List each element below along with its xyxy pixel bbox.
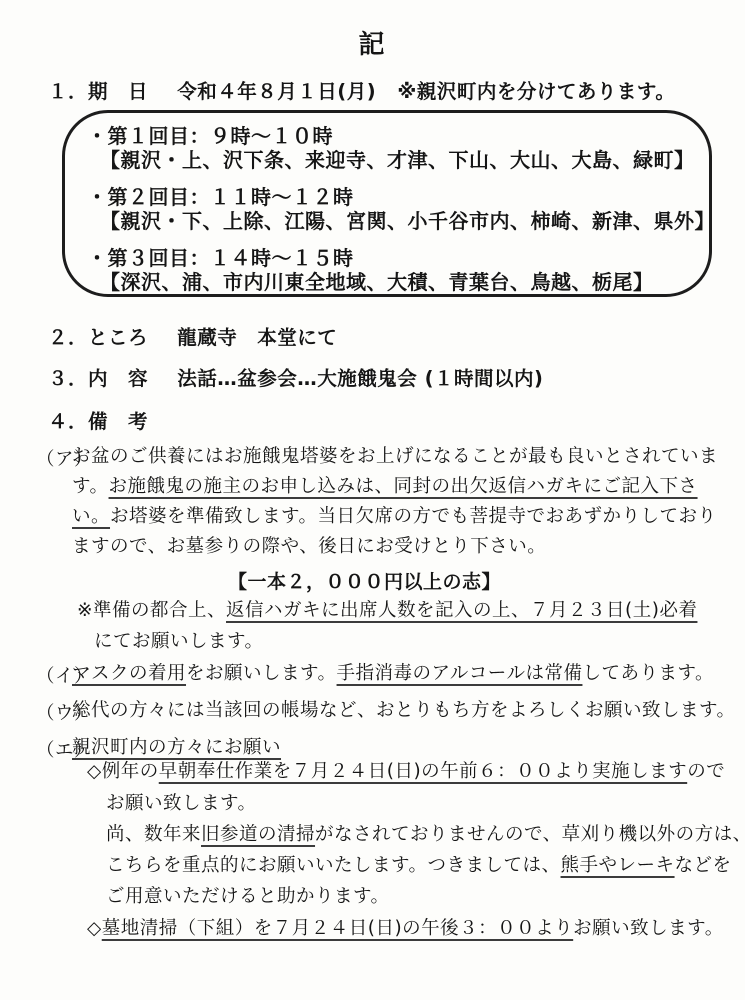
schedule-round-2: ・第２回目：１１時～１２時 【親沢・下、上除、江陽、宮関、小千谷市内、柿崎、新津…: [87, 185, 699, 233]
morning-work-line-3: 尚、数年来旧参道の清掃がなされておりませんので、草刈り機以外の方は、: [106, 823, 745, 847]
round-3-areas: 【深沢、浦、市内川東全地域、大積、青葉台、鳥越、栃尾】: [100, 270, 699, 294]
section-date-label: １．期 日: [48, 76, 170, 104]
schedule-box: ・第１回目：９時～１０時 【親沢・上、沢下条、来迎寺、才津、下山、大山、大島、緑…: [62, 110, 712, 297]
deadline-note-continuation: にてお願いします。: [94, 630, 264, 654]
section-place-value: 龍蔵寺 本堂にて: [177, 326, 337, 349]
morning-work-line-2: お願い致します。: [106, 792, 257, 816]
section-content-label: ３．内 容: [48, 363, 170, 391]
remark-a-line-2-underlined: お施餓鬼の施主のお申し込みは、同封の出欠返信ハガキにご記入下さ: [109, 476, 698, 497]
round-2-title: ・第２回目：１１時～１２時: [87, 185, 699, 209]
section-row-place: ２．ところ 龍蔵寺 本堂にて: [48, 322, 337, 350]
round-2-areas: 【親沢・下、上除、江陽、宮関、小千谷市内、柿崎、新津、県外】: [100, 209, 699, 233]
remark-a-line-4: ますので、お墓参りの際や、後日にお受けとり下さい。: [72, 535, 546, 559]
section-date-note: ※親沢町内を分けてあります。: [397, 80, 675, 103]
offering-price-note: 【一本２，０００円以上の志】: [228, 567, 501, 594]
round-1-areas: 【親沢・上、沢下条、来迎寺、才津、下山、大山、大島、緑町】: [100, 148, 699, 172]
section-place-label: ２．ところ: [48, 322, 170, 350]
section-remarks-label: ４．備 考: [48, 406, 170, 434]
remark-e-heading-underlined: 親沢町内の方々にお願い: [72, 737, 281, 758]
section-row-remarks: ４．備 考: [48, 406, 170, 434]
remark-a-line-2-plain: す。: [72, 476, 109, 497]
deadline-note-underlined: 返信ハガキに出席人数を記入の上、７月２３日(土)必着: [226, 600, 697, 621]
morning-work-prefix: 例年の: [102, 761, 159, 782]
schedule-round-1: ・第１回目：９時～１０時 【親沢・上、沢下条、来迎寺、才津、下山、大山、大島、緑…: [87, 124, 699, 172]
section-date-value: 令和４年８月１日(月): [177, 80, 376, 103]
cemetery-cleaning-suffix: お願い致します。: [573, 918, 724, 939]
remark-u-line: 総代の方々には当該回の帳場など、おとりもち方をよろしくお願い致します。: [72, 699, 736, 723]
morning-work-suffix: ので: [687, 761, 725, 782]
remark-i-mask-underlined: マスクの着用: [72, 663, 186, 684]
rake-underlined: 熊手やレーキ: [561, 855, 675, 876]
deadline-note-prefix: ※準備の都合上、: [77, 600, 226, 621]
cemetery-cleaning-line: ◇墓地清掃（下組）を７月２４日(日)の午後３：００よりお願い致します。: [87, 917, 724, 941]
remark-i-seg-4: してあります。: [582, 663, 714, 684]
remark-a-line-1: お盆のご供養にはお施餓鬼塔婆をお上げになることが最も良いとされていま: [72, 445, 718, 469]
cemetery-cleaning-underlined: 墓地清掃（下組）を７月２４日(日)の午後３：００より: [102, 918, 573, 939]
rake-prefix: こちらを重点的にお願いいたします。つきましては、: [106, 855, 561, 876]
deadline-note: ※準備の都合上、返信ハガキに出席人数を記入の上、７月２３日(土)必着: [77, 599, 697, 623]
remark-e-heading: 親沢町内の方々にお願い: [72, 736, 281, 760]
remark-i-seg-2: をお願いします。: [186, 663, 337, 684]
round-1-title: ・第１回目：９時～１０時: [87, 124, 699, 148]
morning-work-line-4: こちらを重点的にお願いいたします。つきましては、熊手やレーキなどを: [106, 854, 732, 878]
diamond-bullet-icon-2: ◇: [87, 918, 102, 939]
section-row-content: ３．内 容 法話…盆参会…大施餓鬼会 (１時間以内): [48, 363, 543, 391]
remark-i-alcohol-underlined: 手指消毒のアルコールは常備: [337, 663, 583, 684]
round-3-title: ・第３回目：１４時～１５時: [87, 246, 699, 270]
remark-a-line-2: す。お施餓鬼の施主のお申し込みは、同封の出欠返信ハガキにご記入下さ: [72, 475, 698, 499]
remark-i-line: マスクの着用をお願いします。手指消毒のアルコールは常備してあります。: [72, 662, 714, 686]
remark-a-line-3-plain: お塔婆を準備致します。当日欠席の方でも菩提寺でおあずかりしており: [110, 506, 717, 527]
diamond-bullet-icon: ◇: [87, 761, 102, 782]
old-approach-suffix: がなされておりませんので、草刈り機以外の方は、: [315, 824, 745, 845]
schedule-round-3: ・第３回目：１４時～１５時 【深沢、浦、市内川東全地域、大積、青葉台、鳥越、栃尾…: [87, 246, 699, 294]
old-approach-prefix: 尚、数年来: [106, 824, 201, 845]
old-approach-underlined: 旧参道の清掃: [201, 824, 315, 845]
remark-a-line-3: い。お塔婆を準備致します。当日欠席の方でも菩提寺でおあずかりしており: [72, 505, 717, 529]
morning-work-line-1: ◇例年の早朝奉仕作業を７月２４日(日)の午前６：００より実施しますので: [87, 760, 725, 784]
section-content-value: 法話…盆参会…大施餓鬼会 (１時間以内): [177, 367, 543, 390]
morning-work-line-5: ご用意いただけると助かります。: [106, 885, 390, 909]
remark-a-line-3-underlined: い。: [72, 506, 110, 527]
scanned-notice-page: 記 １．期 日 令和４年８月１日(月) ※親沢町内を分けてあります。 ・第１回目…: [0, 0, 745, 1000]
rake-suffix: などを: [675, 855, 732, 876]
document-heading: 記: [0, 24, 745, 61]
morning-work-underlined: 早朝奉仕作業を７月２４日(日)の午前６：００より実施します: [159, 761, 687, 782]
section-row-date: １．期 日 令和４年８月１日(月) ※親沢町内を分けてあります。: [48, 76, 675, 104]
